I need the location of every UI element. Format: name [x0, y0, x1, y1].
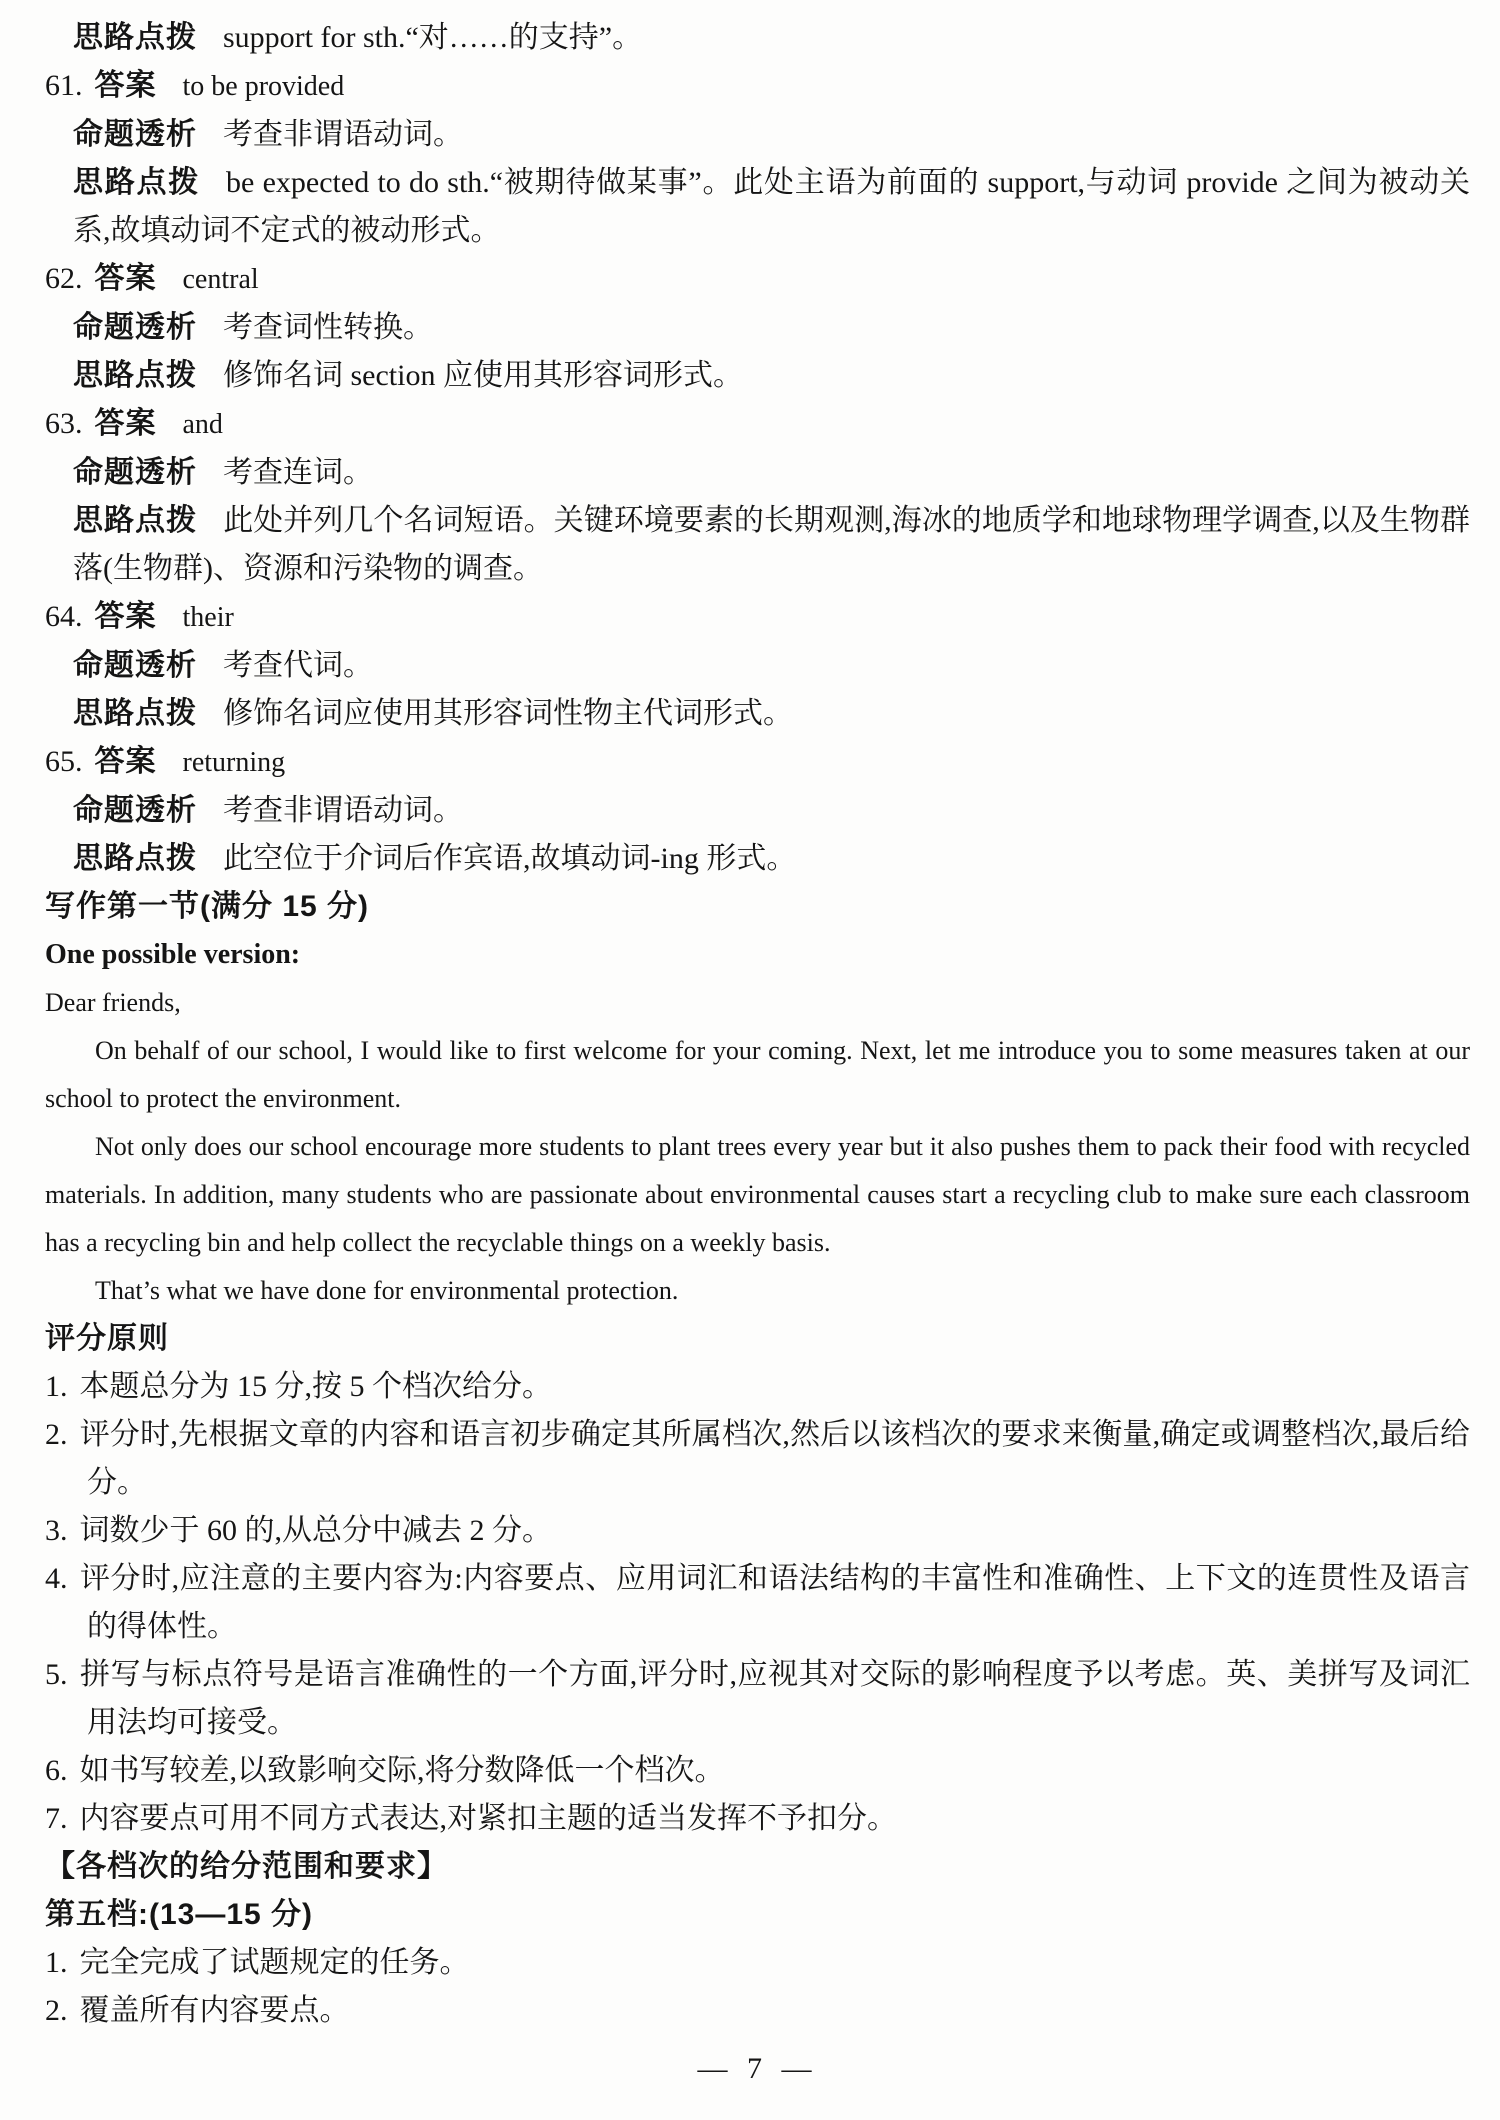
band5-title: 第五档:(13—15 分) — [45, 1891, 1470, 1939]
question-block-61: 61.答案to be provided 命题透析考查非谓语动词。 思路点拨be … — [45, 62, 1470, 255]
question-block-62: 62.答案central 命题透析考查词性转换。 思路点拨修饰名词 sectio… — [45, 255, 1470, 400]
writing-section-title: 写作第一节(满分 15 分) — [45, 883, 1470, 931]
scoring-title: 评分原则 — [45, 1315, 1470, 1363]
scoring-rule: 4.评分时,应注意的主要内容为:内容要点、应用词汇和语法结构的丰富性和准确性、上… — [45, 1555, 1470, 1651]
rule-text: 内容要点可用不同方式表达,对紧扣主题的适当发挥不予扣分。 — [80, 1802, 898, 1835]
answer-text: returning — [183, 747, 286, 778]
band5-item: 1.完全完成了试题规定的任务。 — [45, 1939, 1470, 1987]
essay-paragraph: Not only does our school encourage more … — [45, 1123, 1470, 1267]
tip-text: be expected to do sth.“被期待做某事”。此处主语为前面的 … — [73, 166, 1470, 247]
scoring-rule: 5.拼写与标点符号是语言准确性的一个方面,评分时,应视其对交际的影响程度予以考虑… — [45, 1651, 1470, 1747]
answer-line: 62.答案central — [45, 255, 1470, 304]
tip-line: 思路点拨修饰名词应使用其形容词性物主代词形式。 — [73, 690, 1470, 738]
rule-text: 本题总分为 15 分,按 5 个档次给分。 — [80, 1370, 553, 1403]
rule-text: 评分时,应注意的主要内容为:内容要点、应用词汇和语法结构的丰富性和准确性、上下文… — [80, 1562, 1471, 1643]
rule-number: 3. — [45, 1514, 68, 1547]
scoring-rule: 2.评分时,先根据文章的内容和语言初步确定其所属档次,然后以该档次的要求来衡量,… — [45, 1411, 1470, 1507]
rule-text: 词数少于 60 的,从总分中减去 2 分。 — [80, 1514, 553, 1547]
prev-question-tip-line: 思路点拨support for sth.“对……的支持”。 — [73, 14, 1470, 62]
essay-paragraph: On behalf of our school, I would like to… — [45, 1027, 1470, 1123]
rule-number: 2. — [45, 1418, 68, 1451]
tip-label: 思路点拨 — [73, 504, 197, 537]
analysis-label: 命题透析 — [73, 649, 197, 682]
tip-line: 思路点拨修饰名词 section 应使用其形容词形式。 — [73, 352, 1470, 400]
analysis-line: 命题透析考查代词。 — [73, 642, 1470, 690]
writing-section: 写作第一节(满分 15 分) One possible version: Dea… — [45, 883, 1470, 1315]
answer-label: 答案 — [95, 745, 157, 778]
rule-text: 评分时,先根据文章的内容和语言初步确定其所属档次,然后以该档次的要求来衡量,确定… — [80, 1418, 1471, 1499]
answer-text: their — [183, 602, 234, 633]
analysis-text: 考查非谓语动词。 — [223, 118, 463, 151]
tip-label: 思路点拨 — [73, 697, 197, 730]
page-number: — 7 — — [45, 2045, 1470, 2093]
tip-line: 思路点拨be expected to do sth.“被期待做某事”。此处主语为… — [73, 159, 1470, 255]
rule-number: 6. — [45, 1754, 68, 1787]
answer-line: 61.答案to be provided — [45, 62, 1470, 111]
answer-line: 64.答案their — [45, 593, 1470, 642]
tip-line: 思路点拨此空位于介词后作宾语,故填动词-ing 形式。 — [73, 835, 1470, 883]
scoring-section: 评分原则 1.本题总分为 15 分,按 5 个档次给分。 2.评分时,先根据文章… — [45, 1315, 1470, 2035]
scoring-rule: 1.本题总分为 15 分,按 5 个档次给分。 — [45, 1363, 1470, 1411]
analysis-text: 考查连词。 — [223, 456, 373, 489]
answer-label: 答案 — [95, 600, 157, 633]
tip-text: 修饰名词应使用其形容词性物主代词形式。 — [223, 697, 793, 730]
item-text: 完全完成了试题规定的任务。 — [80, 1946, 470, 1979]
score-bands-title: 【各档次的给分范围和要求】 — [45, 1843, 1470, 1891]
question-block-65: 65.答案returning 命题透析考查非谓语动词。 思路点拨此空位于介词后作… — [45, 738, 1470, 883]
question-block-64: 64.答案their 命题透析考查代词。 思路点拨修饰名词应使用其形容词性物主代… — [45, 593, 1470, 738]
analysis-label: 命题透析 — [73, 311, 197, 344]
rule-number: 5. — [45, 1658, 68, 1691]
question-number: 64. — [45, 600, 83, 633]
tip-text: support for sth.“对……的支持”。 — [223, 21, 642, 54]
answer-line: 65.答案returning — [45, 738, 1470, 787]
answer-label: 答案 — [95, 262, 157, 295]
analysis-text: 考查非谓语动词。 — [223, 794, 463, 827]
tip-label: 思路点拨 — [73, 359, 197, 392]
answer-text: and — [183, 409, 223, 440]
scoring-rule: 3.词数少于 60 的,从总分中减去 2 分。 — [45, 1507, 1470, 1555]
question-number: 61. — [45, 69, 83, 102]
tip-label: 思路点拨 — [73, 842, 197, 875]
rule-text: 如书写较差,以致影响交际,将分数降低一个档次。 — [80, 1754, 725, 1787]
tip-line: 思路点拨此处并列几个名词短语。关键环境要素的长期观测,海冰的地质学和地球物理学调… — [73, 497, 1470, 593]
analysis-line: 命题透析考查非谓语动词。 — [73, 787, 1470, 835]
rule-number: 4. — [45, 1562, 68, 1595]
answer-label: 答案 — [95, 69, 157, 102]
analysis-text: 考查词性转换。 — [223, 311, 433, 344]
analysis-line: 命题透析考查词性转换。 — [73, 304, 1470, 352]
rule-number: 1. — [45, 1370, 68, 1403]
question-number: 63. — [45, 407, 83, 440]
answer-text: to be provided — [183, 71, 345, 102]
answer-text: central — [183, 264, 259, 295]
question-number: 65. — [45, 745, 83, 778]
answer-line: 63.答案and — [45, 400, 1470, 449]
item-text: 覆盖所有内容要点。 — [80, 1994, 350, 2027]
question-block-63: 63.答案and 命题透析考查连词。 思路点拨此处并列几个名词短语。关键环境要素… — [45, 400, 1470, 593]
item-number: 2. — [45, 1994, 68, 2027]
analysis-text: 考查代词。 — [223, 649, 373, 682]
scoring-rule: 7.内容要点可用不同方式表达,对紧扣主题的适当发挥不予扣分。 — [45, 1795, 1470, 1843]
analysis-line: 命题透析考查非谓语动词。 — [73, 111, 1470, 159]
analysis-line: 命题透析考查连词。 — [73, 449, 1470, 497]
band5-item: 2.覆盖所有内容要点。 — [45, 1987, 1470, 2035]
rule-text: 拼写与标点符号是语言准确性的一个方面,评分时,应视其对交际的影响程度予以考虑。英… — [80, 1658, 1471, 1739]
tip-text: 此处并列几个名词短语。关键环境要素的长期观测,海冰的地质学和地球物理学调查,以及… — [73, 504, 1470, 585]
tip-label: 思路点拨 — [73, 21, 197, 54]
document-page: 思路点拨support for sth.“对……的支持”。 61.答案to be… — [45, 14, 1470, 2093]
tip-label: 思路点拨 — [73, 166, 200, 199]
tip-text: 修饰名词 section 应使用其形容词形式。 — [223, 359, 743, 392]
essay-paragraph: That’s what we have done for environment… — [45, 1267, 1470, 1315]
question-number: 62. — [45, 262, 83, 295]
answer-label: 答案 — [95, 407, 157, 440]
sample-version-label: One possible version: — [45, 931, 1470, 979]
essay-salutation: Dear friends, — [45, 979, 1470, 1027]
item-number: 1. — [45, 1946, 68, 1979]
analysis-label: 命题透析 — [73, 456, 197, 489]
analysis-label: 命题透析 — [73, 794, 197, 827]
rule-number: 7. — [45, 1802, 68, 1835]
tip-text: 此空位于介词后作宾语,故填动词-ing 形式。 — [223, 842, 796, 875]
scoring-rule: 6.如书写较差,以致影响交际,将分数降低一个档次。 — [45, 1747, 1470, 1795]
analysis-label: 命题透析 — [73, 118, 197, 151]
